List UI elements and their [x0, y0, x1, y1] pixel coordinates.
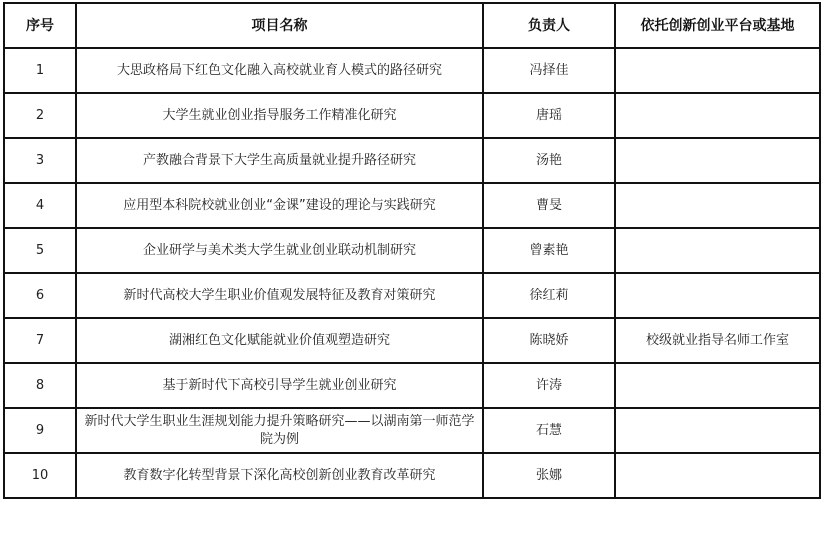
cell-project-name: 教育数字化转型背景下深化高校创新创业教育改革研究 — [76, 453, 483, 498]
table-row: 8 基于新时代下高校引导学生就业创业研究 许涛 — [4, 363, 820, 408]
cell-leader: 徐红莉 — [483, 273, 615, 318]
table-row: 5 企业研学与美术类大学生就业创业联动机制研究 曾素艳 — [4, 228, 820, 273]
cell-project-name: 基于新时代下高校引导学生就业创业研究 — [76, 363, 483, 408]
cell-project-name: 产教融合背景下大学生高质量就业提升路径研究 — [76, 138, 483, 183]
cell-project-name: 企业研学与美术类大学生就业创业联动机制研究 — [76, 228, 483, 273]
cell-serial-number: 9 — [4, 408, 76, 453]
cell-platform — [615, 273, 820, 318]
cell-leader: 石慧 — [483, 408, 615, 453]
cell-platform — [615, 228, 820, 273]
table-row: 10 教育数字化转型背景下深化高校创新创业教育改革研究 张娜 — [4, 453, 820, 498]
table-row: 1 大思政格局下红色文化融入高校就业育人模式的路径研究 冯择佳 — [4, 48, 820, 93]
cell-leader: 冯择佳 — [483, 48, 615, 93]
cell-platform — [615, 138, 820, 183]
cell-leader: 唐瑶 — [483, 93, 615, 138]
cell-project-name: 应用型本科院校就业创业“金课”建设的理论与实践研究 — [76, 183, 483, 228]
cell-project-name: 新时代大学生职业生涯规划能力提升策略研究——以湖南第一师范学院为例 — [76, 408, 483, 453]
cell-leader: 汤艳 — [483, 138, 615, 183]
cell-platform — [615, 453, 820, 498]
header-platform: 依托创新创业平台或基地 — [615, 3, 820, 48]
cell-leader: 曹旻 — [483, 183, 615, 228]
cell-project-name: 大思政格局下红色文化融入高校就业育人模式的路径研究 — [76, 48, 483, 93]
cell-platform: 校级就业指导名师工作室 — [615, 318, 820, 363]
cell-project-name: 大学生就业创业指导服务工作精准化研究 — [76, 93, 483, 138]
cell-serial-number: 3 — [4, 138, 76, 183]
cell-serial-number: 8 — [4, 363, 76, 408]
cell-platform — [615, 48, 820, 93]
cell-leader: 许涛 — [483, 363, 615, 408]
cell-project-name: 新时代高校大学生职业价值观发展特征及教育对策研究 — [76, 273, 483, 318]
header-leader: 负责人 — [483, 3, 615, 48]
cell-platform — [615, 363, 820, 408]
cell-serial-number: 2 — [4, 93, 76, 138]
cell-leader: 陈晓娇 — [483, 318, 615, 363]
table-row: 7 湖湘红色文化赋能就业价值观塑造研究 陈晓娇 校级就业指导名师工作室 — [4, 318, 820, 363]
cell-serial-number: 1 — [4, 48, 76, 93]
table-row: 2 大学生就业创业指导服务工作精准化研究 唐瑶 — [4, 93, 820, 138]
cell-project-name: 湖湘红色文化赋能就业价值观塑造研究 — [76, 318, 483, 363]
cell-serial-number: 6 — [4, 273, 76, 318]
header-row: 序号 项目名称 负责人 依托创新创业平台或基地 — [4, 3, 820, 48]
table-row: 3 产教融合背景下大学生高质量就业提升路径研究 汤艳 — [4, 138, 820, 183]
cell-platform — [615, 183, 820, 228]
cell-platform — [615, 408, 820, 453]
table-row: 9 新时代大学生职业生涯规划能力提升策略研究——以湖南第一师范学院为例 石慧 — [4, 408, 820, 453]
cell-serial-number: 7 — [4, 318, 76, 363]
table-row: 6 新时代高校大学生职业价值观发展特征及教育对策研究 徐红莉 — [4, 273, 820, 318]
cell-serial-number: 4 — [4, 183, 76, 228]
cell-platform — [615, 93, 820, 138]
header-serial-number: 序号 — [4, 3, 76, 48]
header-project-name: 项目名称 — [76, 3, 483, 48]
cell-serial-number: 5 — [4, 228, 76, 273]
projects-table: 序号 项目名称 负责人 依托创新创业平台或基地 1 大思政格局下红色文化融入高校… — [3, 2, 821, 499]
table-row: 4 应用型本科院校就业创业“金课”建设的理论与实践研究 曹旻 — [4, 183, 820, 228]
cell-serial-number: 10 — [4, 453, 76, 498]
cell-leader: 曾素艳 — [483, 228, 615, 273]
cell-leader: 张娜 — [483, 453, 615, 498]
